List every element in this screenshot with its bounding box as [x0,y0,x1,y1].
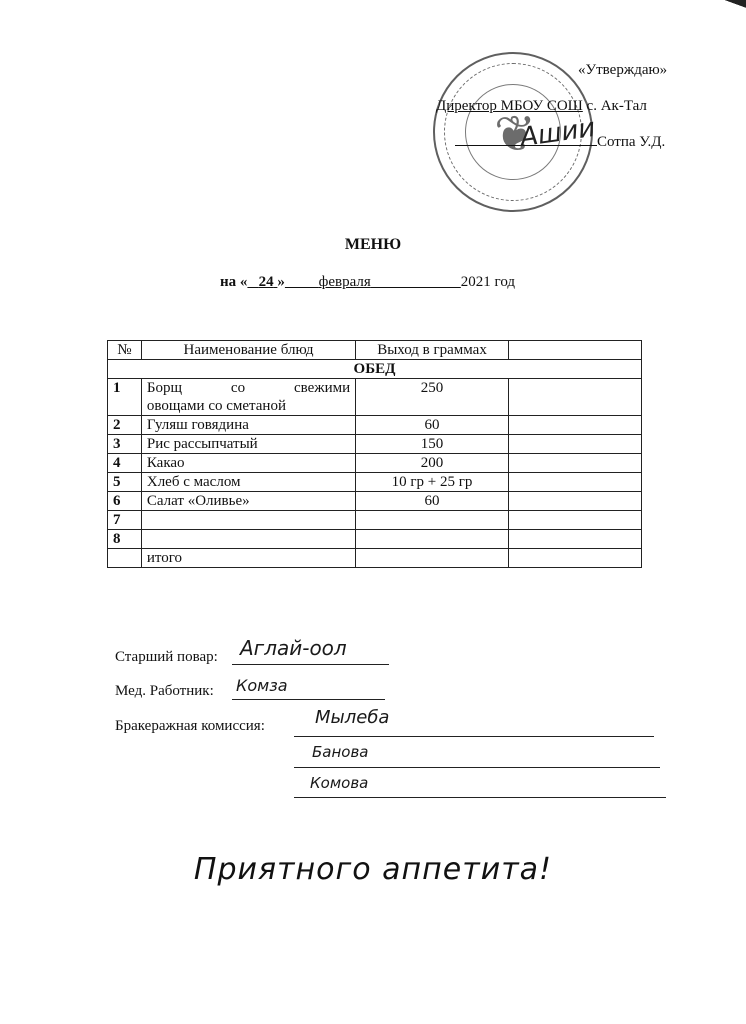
row-extra [508,435,641,454]
table-row: 2 Гуляш говядина 60 [108,416,642,435]
table-row: 5 Хлеб с маслом 10 гр + 25 гр [108,473,642,492]
commission-signature-2: Банова [312,743,369,761]
header-dish-name: Наименование блюд [141,341,355,360]
approval-director: Директор МБОУ СОШ с. Ак-Тал [436,98,647,115]
row-number: 3 [108,435,142,454]
row-number [108,549,142,568]
table-row: 7 [108,511,642,530]
table-row: 8 [108,530,642,549]
row-extra [508,549,641,568]
chef-signature: Аглай-оол [240,636,347,660]
menu-title: МЕНЮ [0,236,746,254]
row-extra [508,416,641,435]
scan-corner-mark [724,0,746,14]
row-dish: Хлеб с маслом [141,473,355,492]
table-header-row: № Наименование блюд Выход в граммах [108,341,642,360]
row-dish [141,530,355,549]
row-number: 8 [108,530,142,549]
menu-date: на « 24 » февраля 2021 год [220,274,515,291]
row-number: 4 [108,454,142,473]
greeting-text: Приятного аппетита! [0,852,746,887]
month-value: февраля [319,274,371,290]
date-prefix: на « [220,274,247,290]
row-weight: 10 гр + 25 гр [356,473,509,492]
row-extra [508,473,641,492]
section-title: ОБЕД [108,360,642,379]
table-row: 6 Салат «Оливье» 60 [108,492,642,511]
row-extra [508,492,641,511]
row-dish [141,511,355,530]
section-row: ОБЕД [108,360,642,379]
chef-label: Старший повар: [115,649,218,666]
total-row: итого [108,549,642,568]
row-extra [508,379,641,416]
row-weight: 250 [356,379,509,416]
table-row: 4 Какао 200 [108,454,642,473]
row-number: 1 [108,379,142,416]
row-weight: 150 [356,435,509,454]
row-dish: Гуляш говядина [141,416,355,435]
commission-label: Бракеражная комиссия: [115,718,265,735]
header-weight: Выход в граммах [356,341,509,360]
table-row: 1 Борщ со свежимиовощами со сметаной 250 [108,379,642,416]
row-extra [508,511,641,530]
date-month: февраля [285,274,461,290]
row-weight: 200 [356,454,509,473]
row-weight: 60 [356,416,509,435]
approval-title: «Утверждаю» [578,62,667,79]
dish-line-2: овощами со сметаной [147,398,286,414]
row-number: 7 [108,511,142,530]
row-number: 5 [108,473,142,492]
row-weight [356,511,509,530]
row-extra [508,530,641,549]
row-dish: Салат «Оливье» [141,492,355,511]
commission-signature-3: Комова [310,774,368,792]
row-dish: Рис рассыпчатый [141,435,355,454]
day-value: 24 [259,274,274,290]
date-mid: » [277,274,285,290]
date-year: 2021 год [461,274,515,290]
header-extra [508,341,641,360]
medic-signature: Комза [236,676,288,695]
date-day: 24 [247,274,277,290]
row-total-label: итого [141,549,355,568]
table-row: 3 Рис рассыпчатый 150 [108,435,642,454]
row-weight [356,530,509,549]
director-name: Сотпа У.Д. [597,134,665,150]
dish-line-1: Борщ со свежими [147,379,350,397]
row-weight: 60 [356,492,509,511]
menu-table: № Наименование блюд Выход в граммах ОБЕД… [107,340,642,568]
row-extra [508,454,641,473]
row-dish: Какао [141,454,355,473]
director-org: Директор МБОУ СОШ [436,98,583,114]
commission-signature-1: Мылеба [315,707,389,728]
row-weight [356,549,509,568]
row-number: 2 [108,416,142,435]
row-number: 6 [108,492,142,511]
header-number: № [108,341,142,360]
medic-label: Мед. Работник: [115,683,214,700]
director-location: с. Ак-Тал [583,98,647,114]
row-dish: Борщ со свежимиовощами со сметаной [141,379,355,416]
